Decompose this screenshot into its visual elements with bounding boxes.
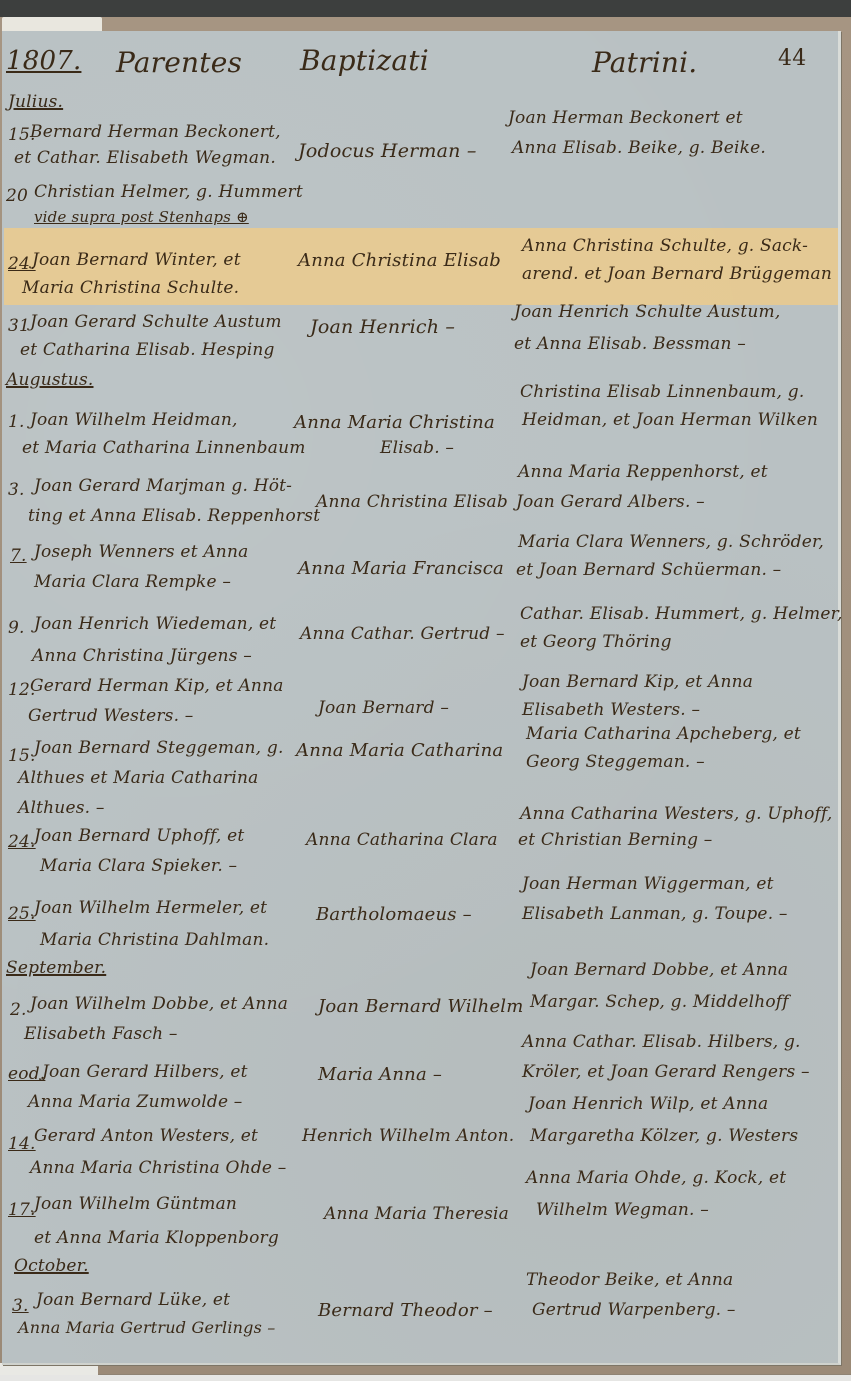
- entry-godparents-line: Margaretha Kölzer, g. Westers: [530, 1126, 798, 1146]
- entry-godparents-line: Anna Catharina Westers, g. Uphoff,: [520, 804, 833, 824]
- entry-parents-note: vide supra post Stenhaps ⊕: [34, 208, 249, 226]
- entry-day: 25.: [8, 904, 36, 924]
- entry-parents-line: Gerard Anton Westers, et: [34, 1126, 258, 1146]
- entry-baptized: Anna Catharina Clara: [306, 830, 498, 850]
- entry-baptized: Elisab. –: [380, 438, 454, 458]
- entry-parents-line: Joseph Wenners et Anna: [34, 542, 248, 562]
- entry-parents-line: Joan Henrich Wiedeman, et: [34, 614, 276, 634]
- entry-baptized: Bernard Theodor –: [318, 1300, 493, 1321]
- entry-godparents-line: Margar. Schep, g. Middelhoff: [530, 992, 789, 1012]
- entry-baptized: Bartholomaeus –: [316, 904, 472, 925]
- entry-godparents-line: Anna Maria Ohde, g. Kock, et: [526, 1168, 786, 1188]
- entry-parents-line: Maria Christina Schulte.: [22, 278, 239, 298]
- entry-day: 9.: [8, 618, 25, 638]
- entry-day: 31: [8, 316, 30, 336]
- entry-parents-line: Joan Gerard Marjman g. Höt-: [34, 476, 292, 496]
- entry-godparents-line: Kröler, et Joan Gerard Rengers –: [522, 1062, 810, 1082]
- entry-godparents-line: Anna Cathar. Elisab. Hilbers, g.: [522, 1032, 801, 1052]
- entry-godparents-line: Heidman, et Joan Herman Wilken: [522, 410, 818, 430]
- entry-godparents-line: Anna Elisab. Beike, g. Beike.: [512, 138, 766, 158]
- entry-day: 20: [6, 186, 28, 206]
- entry-parents-line: Anna Maria Zumwolde –: [28, 1092, 243, 1112]
- entry-parents-line: ting et Anna Elisab. Reppenhorst: [28, 506, 320, 526]
- month-heading-september: September.: [6, 958, 106, 978]
- scanner-top-band: [0, 0, 851, 17]
- entry-parents-line: et Maria Catharina Linnenbaum: [22, 438, 306, 458]
- entry-parents-line: Joan Gerard Schulte Austum: [30, 312, 282, 332]
- entry-day: 17.: [8, 1200, 36, 1220]
- entry-parents-line: Joan Wilhelm Güntman: [34, 1194, 237, 1214]
- entry-godparents-line: Joan Henrich Schulte Austum,: [514, 302, 780, 322]
- entry-parents-line: Althues et Maria Catharina: [18, 768, 258, 788]
- entry-baptized: Henrich Wilhelm Anton.: [302, 1126, 514, 1146]
- entry-day: 24.: [8, 832, 36, 852]
- entry-day: 14.: [8, 1134, 36, 1154]
- entry-parents-line: Anna Maria Gertrud Gerlings –: [18, 1318, 276, 1337]
- entry-baptized: Anna Maria Christina: [294, 412, 495, 433]
- entry-godparents-line: Maria Catharina Apcheberg, et: [526, 724, 801, 744]
- entry-godparents-line: Elisabeth Lanman, g. Toupe. –: [522, 904, 788, 924]
- entry-parents-line: Christian Helmer, g. Hummert: [34, 182, 303, 202]
- entry-day: eod.: [8, 1064, 45, 1084]
- entry-parents-line: Joan Bernard Steggeman, g.: [34, 738, 284, 758]
- entry-parents-line: Joan Bernard Lüke, et: [36, 1290, 230, 1310]
- entry-godparents-line: Joan Henrich Wilp, et Anna: [528, 1094, 768, 1114]
- entry-godparents-line: arend. et Joan Bernard Brüggeman: [522, 264, 832, 284]
- entry-baptized: Anna Maria Theresia: [324, 1204, 509, 1224]
- entry-parents-line: et Cathar. Elisabeth Wegman.: [14, 148, 276, 168]
- entry-baptized: Anna Cathar. Gertrud –: [300, 624, 505, 644]
- entry-baptized: Anna Maria Francisca: [298, 558, 504, 579]
- entry-godparents-line: Joan Herman Wiggerman, et: [522, 874, 774, 894]
- entry-parents-line: Bernard Herman Beckonert,: [30, 122, 281, 142]
- month-heading-october: October.: [14, 1256, 89, 1276]
- entry-godparents-line: Joan Bernard Kip, et Anna: [522, 672, 753, 692]
- entry-godparents-line: Christina Elisab Linnenbaum, g.: [520, 382, 804, 402]
- entry-day: 15.: [8, 746, 36, 766]
- entry-godparents-line: Georg Steggeman. –: [526, 752, 705, 772]
- entry-godparents-line: Gertrud Warpenberg. –: [532, 1300, 736, 1320]
- entry-godparents-line: Joan Gerard Albers. –: [516, 492, 705, 512]
- entry-parents-line: Maria Clara Rempke –: [34, 572, 231, 592]
- month-heading-july: Julius.: [8, 92, 63, 112]
- column-header-parents: Parentes: [116, 46, 242, 79]
- entry-parents-line: Gerard Herman Kip, et Anna: [30, 676, 284, 696]
- entry-parents-line: Maria Clara Spieker. –: [40, 856, 237, 876]
- entry-parents-line: Joan Bernard Winter, et: [32, 250, 241, 270]
- entry-parents-line: et Catharina Elisab. Hesping: [20, 340, 275, 360]
- entry-parents-line: Joan Wilhelm Heidman,: [30, 410, 238, 430]
- entry-godparents-line: Maria Clara Wenners, g. Schröder,: [518, 532, 824, 552]
- entry-parents-line: Anna Maria Christina Ohde –: [30, 1158, 287, 1178]
- entry-parents-line: Gertrud Westers. –: [28, 706, 193, 726]
- entry-godparents-line: Joan Herman Beckonert et: [508, 108, 743, 128]
- entry-baptized: Joan Bernard –: [318, 698, 449, 718]
- entry-day: 1.: [8, 412, 25, 432]
- entry-godparents-line: Elisabeth Westers. –: [522, 700, 700, 720]
- entry-day: 3.: [8, 480, 25, 500]
- entry-godparents-line: et Georg Thöring: [520, 632, 672, 652]
- entry-day: 7.: [10, 546, 27, 566]
- entry-parents-line: Elisabeth Fasch –: [24, 1024, 178, 1044]
- entry-godparents-line: Joan Bernard Dobbe, et Anna: [530, 960, 788, 980]
- entry-parents-line: Maria Christina Dahlman.: [40, 930, 269, 950]
- entry-parents-line: Anna Christina Jürgens –: [32, 646, 252, 666]
- entry-godparents-line: et Anna Elisab. Bessman –: [514, 334, 746, 354]
- entry-parents-line: Joan Wilhelm Hermeler, et: [34, 898, 267, 918]
- entry-godparents-line: Anna Maria Reppenhorst, et: [518, 462, 768, 482]
- column-header-baptized: Baptizati: [300, 44, 429, 77]
- entry-godparents-line: et Christian Berning –: [518, 830, 713, 850]
- entry-day: 2.: [10, 1000, 27, 1020]
- bottom-strip: [0, 1375, 851, 1381]
- entry-baptized: Anna Christina Elisab: [298, 250, 501, 271]
- entry-parents-line: Althues. –: [18, 798, 105, 818]
- entry-baptized: Joan Henrich –: [310, 316, 455, 338]
- entry-parents-line: et Anna Maria Kloppenborg: [34, 1228, 279, 1248]
- entry-godparents-line: Wilhelm Wegman. –: [536, 1200, 709, 1220]
- entry-godparents-line: et Joan Bernard Schüerman. –: [516, 560, 781, 580]
- entry-baptized: Jodocus Herman –: [298, 140, 477, 162]
- page-number: 44: [778, 46, 806, 71]
- year-heading: 1807.: [6, 46, 81, 76]
- entry-parents-line: Joan Gerard Hilbers, et: [42, 1062, 248, 1082]
- entry-parents-line: Joan Wilhelm Dobbe, et Anna: [30, 994, 288, 1014]
- entry-godparents-line: Theodor Beike, et Anna: [526, 1270, 733, 1290]
- entry-parents-line: Joan Bernard Uphoff, et: [34, 826, 244, 846]
- column-header-godparents: Patrini.: [592, 46, 697, 79]
- month-heading-august: Augustus.: [6, 370, 94, 390]
- entry-baptized: Joan Bernard Wilhelm: [318, 996, 524, 1017]
- entry-baptized: Anna Maria Catharina: [296, 740, 503, 761]
- entry-godparents-line: Cathar. Elisab. Hummert, g. Helmer,: [520, 604, 843, 624]
- entry-baptized: Anna Christina Elisab: [316, 492, 508, 512]
- entry-day: 3.: [12, 1296, 29, 1316]
- entry-godparents-line: Anna Christina Schulte, g. Sack-: [522, 236, 808, 256]
- entry-baptized: Maria Anna –: [318, 1064, 442, 1085]
